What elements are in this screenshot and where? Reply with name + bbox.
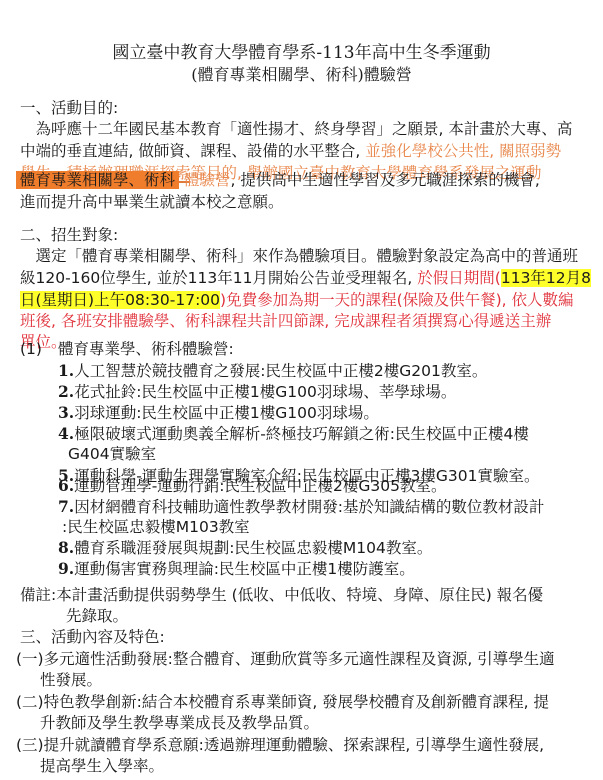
camp-item-continuation: G404實驗室 bbox=[68, 444, 156, 464]
section2-red-text: )免費參加為期一天的課程(保險及供午餐), 依人數編 bbox=[220, 291, 574, 309]
camp-list-heading: 體育專業學、術科體驗營: bbox=[58, 339, 234, 359]
section2-red-text: 於假日期間( bbox=[417, 269, 501, 287]
feature-item-line1: (二)特色教學創新:結合本校體育系專業師資, 發展學校體育及創新體育課程, 提 bbox=[16, 692, 549, 712]
note-line2: 先錄取。 bbox=[66, 606, 128, 626]
section3-heading: 三、活動內容及特色: bbox=[20, 627, 165, 647]
camp-item: 6.運動管理學-運動行銷:民生校區中正樓2樓G305教室。 bbox=[58, 476, 446, 496]
feature-item-line2: 提高學生入學率。 bbox=[40, 756, 164, 776]
section2-para-line4: 班後, 各班安排體驗學、術科課程共計四節課, 完成課程者須撰寫心得遞送主辦 bbox=[20, 311, 551, 331]
event-time-highlight: 日(星期日)上午08:30-17:00 bbox=[20, 291, 220, 309]
section1-para-line4: 體育專業相關學、術科 體驗營, 提供高中生適性學習及多元職涯探索的機會, bbox=[16, 170, 540, 190]
section1-orange-text: 體驗營 bbox=[184, 171, 231, 189]
highlighted-camp-name: 體育專業相關學、術科 bbox=[16, 171, 179, 189]
event-date-highlight: 113年12月8 bbox=[501, 269, 591, 287]
section1-orange-text: 並強化學校公共性, 關照弱勢 bbox=[365, 142, 561, 160]
camp-item: 4.極限破壞式運動奧義全解析-終極技巧解鎖之術:民生校區中正樓4樓 bbox=[58, 424, 529, 444]
section2-heading: 二、招生對象: bbox=[20, 225, 118, 245]
camp-item: 8.體育系職涯發展與規劃:民生校區忠毅樓M104教室。 bbox=[58, 538, 432, 558]
document-title: 國立臺中教育大學體育學系-113年高中生冬季運動 bbox=[0, 38, 603, 63]
note-line1: 備註:本計畫活動提供弱勢學生 (低收、中低收、特境、身障、原住民) 報名優 bbox=[20, 585, 543, 605]
feature-item-line2: 升教師及學生教學專業成長及教學品質。 bbox=[40, 713, 319, 733]
camp-list-label: (1) bbox=[20, 339, 42, 359]
document-page: 國立臺中教育大學體育學系-113年高中生冬季運動 (體育專業相關學、術科)體驗營… bbox=[0, 0, 603, 780]
camp-item: 7.因材網體育科技輔助適性教學教材開發:基於知識結構的數位教材設計 bbox=[58, 497, 544, 517]
camp-item: 2.花式扯鈴:民生校區中正樓1樓G100羽球場、莘學球場。 bbox=[58, 382, 456, 402]
section1-para-line2: 中端的垂直連結, 做師資、課程、設備的水平整合, 並強化學校公共性, 關照弱勢 bbox=[20, 141, 561, 161]
document-subtitle: (體育專業相關學、術科)體驗營 bbox=[0, 62, 603, 85]
section1-heading: 一、活動目的: bbox=[20, 98, 118, 118]
camp-item-continuation: :民生校區忠毅樓M103教室 bbox=[62, 517, 250, 537]
feature-item-line2: 性發展。 bbox=[40, 670, 102, 690]
section1-text: , 提供高中生適性學習及多元職涯探索的機會, bbox=[230, 171, 539, 189]
camp-item: 3.羽球運動:民生校區中正樓1樓G100羽球場。 bbox=[58, 403, 379, 423]
section1-para-line5: 進而提升高中畢業生就讀本校之意願。 bbox=[20, 192, 284, 212]
feature-item-line1: (三)提升就讀體育學系意願:透過辦理運動體驗、探索課程, 引導學生適性發展, bbox=[16, 735, 544, 755]
camp-item: 9.運動傷害實務與理論:民生校區中正樓1樓防護室。 bbox=[58, 559, 415, 579]
camp-item: 1.人工智慧於競技體育之發展:民生校區中正樓2樓G201教室。 bbox=[58, 361, 487, 381]
section1-text: 中端的垂直連結, 做師資、課程、設備的水平整合, bbox=[20, 142, 365, 160]
section1-para-line1: 為呼應十二年國民基本教育「適性揚才、終身學習」之願景, 本計畫於大專、高 bbox=[20, 119, 572, 139]
section2-para-line1: 選定「體育專業相關學、術科」來作為體驗項目。體驗對象設定為高中的普通班 bbox=[20, 246, 578, 266]
feature-item-line1: (一)多元適性活動發展:整合體育、運動欣賞等多元適性課程及資源, 引導學生適 bbox=[16, 649, 555, 669]
section2-para-line2: 級120-160位學生, 並於113年11月開始公告並受理報名, 於假日期間(1… bbox=[20, 268, 591, 288]
section2-para-line3: 日(星期日)上午08:30-17:00)免費參加為期一天的課程(保險及供午餐),… bbox=[20, 290, 574, 310]
section2-text: 級120-160位學生, 並於113年11月開始公告並受理報名, bbox=[20, 269, 417, 287]
